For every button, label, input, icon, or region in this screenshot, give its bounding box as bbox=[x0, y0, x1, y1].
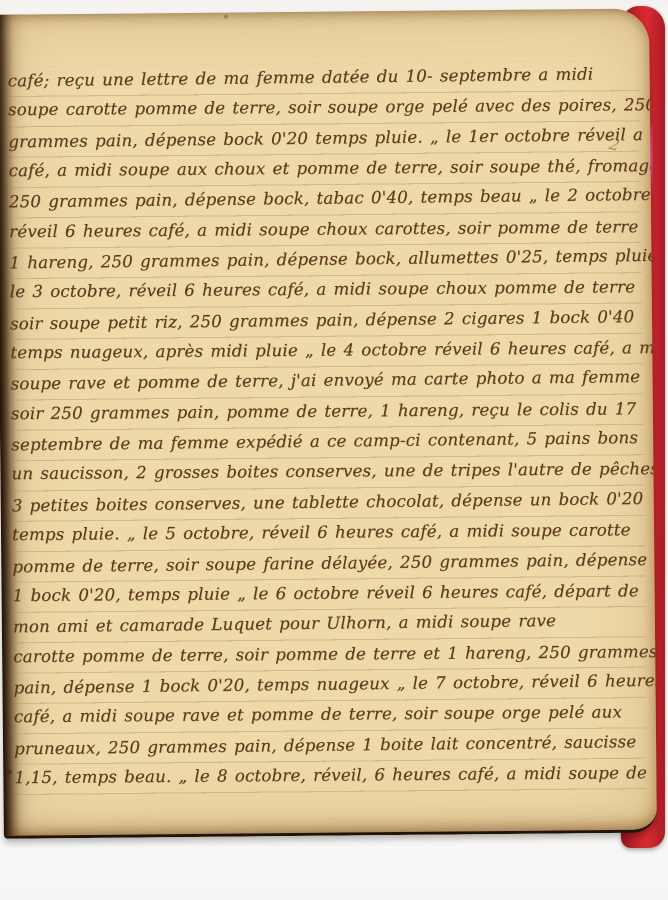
handwriting-block: café; reçu une lettre de ma femme datée … bbox=[8, 60, 645, 794]
handwriting-line: 1,15, temps beau. „ le 8 octobre, réveil… bbox=[14, 758, 644, 793]
scanner-background: café; reçu une lettre de ma femme datée … bbox=[0, 0, 668, 900]
notebook-page: café; reçu une lettre de ma femme datée … bbox=[0, 9, 657, 839]
ink-speck bbox=[224, 15, 228, 19]
